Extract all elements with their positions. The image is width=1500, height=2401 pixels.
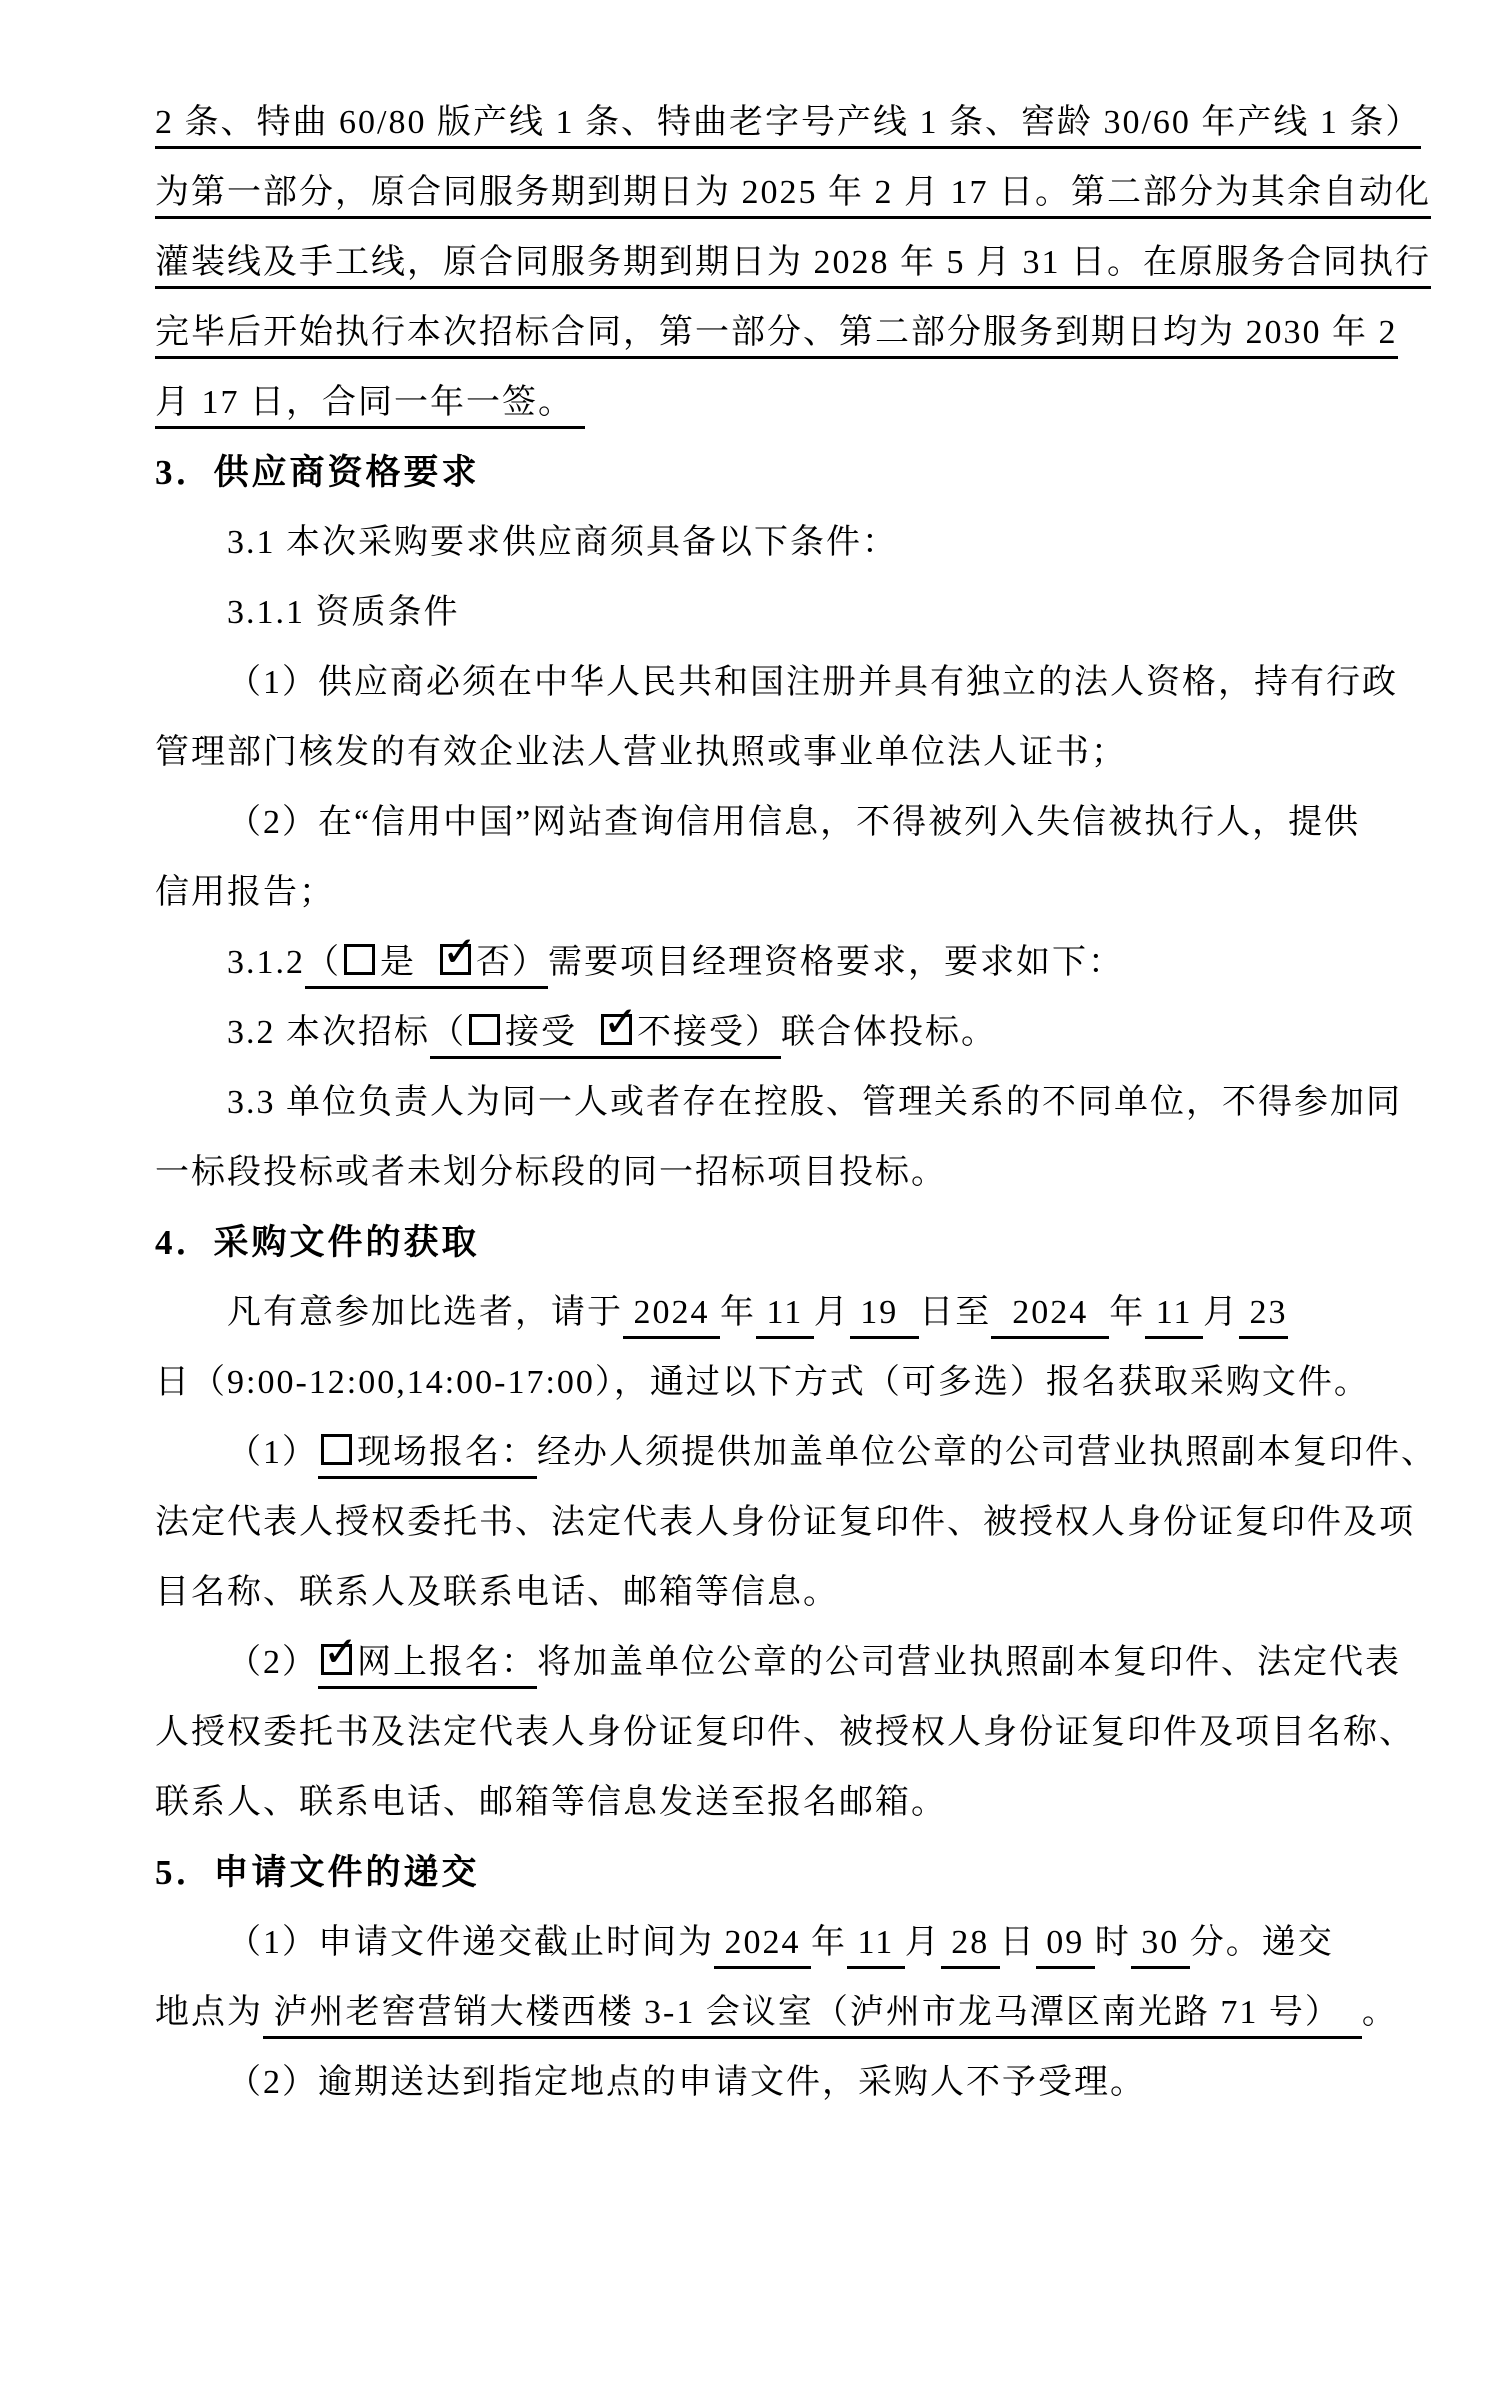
paragraph-line: 3.1.2（是 ✓否）需要项目经理资格要求，要求如下： <box>155 928 1415 998</box>
text-segment: （2） <box>227 1644 318 1681</box>
paragraph-line: （1）供应商必须在中华人民共和国注册并具有独立的法人资格，持有行政 <box>155 648 1415 718</box>
text-run: 11 <box>756 1294 814 1331</box>
underlined-text: （是 ✓否） <box>305 944 548 989</box>
text-segment: 月 <box>1203 1294 1239 1331</box>
text-segment: 。 <box>1362 1994 1398 2031</box>
text-segment: 年 <box>811 1924 847 1961</box>
text-run: 3.3 单位负责人为同一人或者存在控股、管理关系的不同单位，不得参加同 <box>227 1084 1402 1121</box>
text-run: 联合体投标。 <box>781 1014 997 1051</box>
text-run: 目名称、联系人及联系电话、邮箱等信息。 <box>155 1574 839 1611</box>
text-segment: 一标段投标或者未划分标段的同一招标项目投标。 <box>155 1154 947 1191</box>
text-run: 接受 <box>505 1014 598 1051</box>
text-run: 23 <box>1239 1294 1288 1331</box>
paragraph-line: 为第一部分，原合同服务期到期日为 2025 年 2 月 17 日。第二部分为其余… <box>155 158 1415 228</box>
paragraph-line: 3.1 本次采购要求供应商须具备以下条件： <box>155 508 1415 578</box>
checkbox-checked-icon: ✓ <box>440 944 471 975</box>
text-segment: 法定代表人授权委托书、法定代表人身份证复印件、被授权人身份证复印件及项 <box>155 1504 1415 1541</box>
text-segment: 3．供应商资格要求 <box>155 453 480 492</box>
paragraph-line: 日（9:00-12:00,14:00-17:00），通过以下方式（可多选）报名获… <box>155 1348 1415 1418</box>
text-segment: 月 <box>814 1294 850 1331</box>
underlined-text: 完毕后开始执行本次招标合同，第一部分、第二部分服务到期日均为 2030 年 2 <box>155 314 1398 359</box>
check-icon: ✓ <box>603 1001 638 1043</box>
text-segment: 凡有意参加比选者，请于 <box>227 1294 623 1331</box>
text-run: 年 <box>720 1294 756 1331</box>
text-run: 2024 <box>991 1294 1109 1331</box>
underlined-text: 月 17 日，合同一年一签。 <box>155 384 585 429</box>
text-segment: 管理部门核发的有效企业法人营业执照或事业单位法人证书； <box>155 734 1127 771</box>
text-run: （ <box>305 944 341 981</box>
text-run: 为第一部分，原合同服务期到期日为 2025 年 2 月 17 日。第二部分为其余… <box>155 174 1431 211</box>
text-run: 管理部门核发的有效企业法人营业执照或事业单位法人证书； <box>155 734 1127 771</box>
text-run: 需要项目经理资格要求，要求如下： <box>548 944 1124 981</box>
checkbox-unchecked-icon <box>344 944 375 975</box>
paragraph-line: 地点为 泸州老窖营销大楼西楼 3-1 会议室（泸州市龙马潭区南光路 71 号） … <box>155 1978 1415 2048</box>
text-run: 11 <box>1145 1294 1203 1331</box>
text-run: 3.1 本次采购要求供应商须具备以下条件： <box>227 524 898 561</box>
text-segment: （2）在“信用中国”网站查询信用信息，不得被列入失信被执行人，提供 <box>227 804 1360 841</box>
underlined-text: 11 <box>756 1294 814 1339</box>
text-run: （2） <box>227 1644 318 1681</box>
text-run: 2 条、特曲 60/80 版产线 1 条、特曲老字号产线 1 条、窖龄 30/6… <box>155 104 1421 141</box>
text-run: 月 <box>905 1924 941 1961</box>
text-run: 完毕后开始执行本次招标合同，第一部分、第二部分服务到期日均为 2030 年 2 <box>155 314 1398 351</box>
text-run: 将加盖单位公章的公司营业执照副本复印件、法定代表 <box>537 1644 1401 1681</box>
underlined-text: 19 <box>850 1294 920 1339</box>
text-segment: 日 <box>1000 1924 1036 1961</box>
text-run: 日（9:00-12:00,14:00-17:00），通过以下方式（可多选）报名获… <box>155 1364 1370 1401</box>
underlined-text: 灌装线及手工线，原合同服务期到期日为 2028 年 5 月 31 日。在原服务合… <box>155 244 1431 289</box>
underlined-text: 2024 <box>623 1294 720 1339</box>
text-run: 人授权委托书及法定代表人身份证复印件、被授权人身份证复印件及项目名称、 <box>155 1714 1415 1751</box>
text-run: 不接受） <box>637 1014 781 1051</box>
text-run: 地点为 <box>155 1994 263 2031</box>
text-run: 法定代表人授权委托书、法定代表人身份证复印件、被授权人身份证复印件及项 <box>155 1504 1415 1541</box>
text-run: 网上报名： <box>357 1644 537 1681</box>
text-run: 经办人须提供加盖单位公章的公司营业执照副本复印件、 <box>537 1434 1437 1471</box>
text-run: 4．采购文件的获取 <box>155 1223 480 1262</box>
text-segment: 联合体投标。 <box>781 1014 997 1051</box>
text-run: 11 <box>847 1924 905 1961</box>
text-segment: 日至 <box>919 1294 991 1331</box>
text-run: （1）供应商必须在中华人民共和国注册并具有独立的法人资格，持有行政 <box>227 664 1398 701</box>
text-segment: 分。递交 <box>1190 1924 1334 1961</box>
text-run: （1）申请文件递交截止时间为 <box>227 1924 714 1961</box>
paragraph-line: 2 条、特曲 60/80 版产线 1 条、特曲老字号产线 1 条、窖龄 30/6… <box>155 88 1415 158</box>
paragraph-line: 完毕后开始执行本次招标合同，第一部分、第二部分服务到期日均为 2030 年 2 <box>155 298 1415 368</box>
underlined-text: 30 <box>1131 1924 1190 1969</box>
paragraph-line: 目名称、联系人及联系电话、邮箱等信息。 <box>155 1558 1415 1628</box>
text-segment: 需要项目经理资格要求，要求如下： <box>548 944 1124 981</box>
text-segment: 日（9:00-12:00,14:00-17:00），通过以下方式（可多选）报名获… <box>155 1364 1370 1401</box>
underlined-text: 2024 <box>991 1294 1109 1339</box>
text-run: （1） <box>227 1434 318 1471</box>
paragraph-line: 一标段投标或者未划分标段的同一招标项目投标。 <box>155 1138 1415 1208</box>
text-run: 日至 <box>919 1294 991 1331</box>
text-segment: 联系人、联系电话、邮箱等信息发送至报名邮箱。 <box>155 1784 947 1821</box>
underlined-text: ✓网上报名： <box>318 1644 537 1689</box>
underlined-text: 28 <box>941 1924 1000 1969</box>
text-segment: 5．申请文件的递交 <box>155 1853 480 1892</box>
text-run: 灌装线及手工线，原合同服务期到期日为 2028 年 5 月 31 日。在原服务合… <box>155 244 1431 281</box>
text-run: 28 <box>941 1924 1000 1961</box>
paragraph-line: （2）逾期送达到指定地点的申请文件，采购人不予受理。 <box>155 2048 1415 2118</box>
text-segment: （1）申请文件递交截止时间为 <box>227 1924 714 1961</box>
paragraph-line: 联系人、联系电话、邮箱等信息发送至报名邮箱。 <box>155 1768 1415 1838</box>
text-run: 月 <box>814 1294 850 1331</box>
text-run: 信用报告； <box>155 874 335 911</box>
text-segment: 经办人须提供加盖单位公章的公司营业执照副本复印件、 <box>537 1434 1437 1471</box>
underlined-text: 09 <box>1036 1924 1095 1969</box>
checkbox-unchecked-icon <box>321 1434 352 1465</box>
text-segment: 信用报告； <box>155 874 335 911</box>
text-run: 分。递交 <box>1190 1924 1334 1961</box>
text-run: 月 <box>1203 1294 1239 1331</box>
text-segment: 年 <box>720 1294 756 1331</box>
text-run: 2024 <box>714 1924 811 1961</box>
underlined-text: （接受 ✓不接受） <box>430 1014 781 1059</box>
text-segment: 3.3 单位负责人为同一人或者存在控股、管理关系的不同单位，不得参加同 <box>227 1084 1402 1121</box>
text-run: 09 <box>1036 1924 1095 1961</box>
text-run: 否） <box>476 944 548 981</box>
underlined-text: 为第一部分，原合同服务期到期日为 2025 年 2 月 17 日。第二部分为其余… <box>155 174 1431 219</box>
paragraph-line: 灌装线及手工线，原合同服务期到期日为 2028 年 5 月 31 日。在原服务合… <box>155 228 1415 298</box>
underlined-text: 2 条、特曲 60/80 版产线 1 条、特曲老字号产线 1 条、窖龄 30/6… <box>155 104 1421 149</box>
text-run: 泸州老窖营销大楼西楼 3-1 会议室（泸州市龙马潭区南光路 71 号） <box>263 1994 1362 2031</box>
underlined-text: 23 <box>1239 1294 1288 1339</box>
section-heading: 4．采购文件的获取 <box>155 1208 1415 1278</box>
section-heading: 5．申请文件的递交 <box>155 1838 1415 1908</box>
checkbox-checked-icon: ✓ <box>321 1644 352 1675</box>
text-run: 2024 <box>623 1294 720 1331</box>
text-run: 时 <box>1095 1924 1131 1961</box>
text-segment: 月 <box>905 1924 941 1961</box>
paragraph-line: （1）现场报名：经办人须提供加盖单位公章的公司营业执照副本复印件、 <box>155 1418 1415 1488</box>
underlined-text: 2024 <box>714 1924 811 1969</box>
text-segment: 3.1 本次采购要求供应商须具备以下条件： <box>227 524 898 561</box>
underlined-text: 现场报名： <box>318 1434 537 1479</box>
text-run: 30 <box>1131 1924 1190 1961</box>
paragraph-line: 凡有意参加比选者，请于 2024 年 11 月 19 日至 2024 年 11 … <box>155 1278 1415 1348</box>
text-segment: 将加盖单位公章的公司营业执照副本复印件、法定代表 <box>537 1644 1401 1681</box>
document-content: 2 条、特曲 60/80 版产线 1 条、特曲老字号产线 1 条、窖龄 30/6… <box>155 88 1415 2118</box>
text-run: 年 <box>811 1924 847 1961</box>
paragraph-line: 3.1.1 资质条件 <box>155 578 1415 648</box>
paragraph-line: 管理部门核发的有效企业法人营业执照或事业单位法人证书； <box>155 718 1415 788</box>
text-segment: 人授权委托书及法定代表人身份证复印件、被授权人身份证复印件及项目名称、 <box>155 1714 1415 1751</box>
paragraph-line: （1）申请文件递交截止时间为 2024 年 11 月 28 日 09 时 30 … <box>155 1908 1415 1978</box>
text-run: 日 <box>1000 1924 1036 1961</box>
check-icon: ✓ <box>442 931 477 973</box>
text-run: 3.2 本次招标 <box>227 1014 430 1051</box>
text-run: 。 <box>1362 1994 1398 2031</box>
text-run: 一标段投标或者未划分标段的同一招标项目投标。 <box>155 1154 947 1191</box>
text-segment: 时 <box>1095 1924 1131 1961</box>
text-run: 5．申请文件的递交 <box>155 1853 480 1892</box>
underlined-text: 泸州老窖营销大楼西楼 3-1 会议室（泸州市龙马潭区南光路 71 号） <box>263 1994 1362 2039</box>
text-segment: 目名称、联系人及联系电话、邮箱等信息。 <box>155 1574 839 1611</box>
underlined-text: 11 <box>1145 1294 1203 1339</box>
text-segment: 3.2 本次招标 <box>227 1014 430 1051</box>
text-run: 19 <box>850 1294 920 1331</box>
paragraph-line: 法定代表人授权委托书、法定代表人身份证复印件、被授权人身份证复印件及项 <box>155 1488 1415 1558</box>
text-run: 月 17 日，合同一年一签。 <box>155 384 585 421</box>
document-page: 2 条、特曲 60/80 版产线 1 条、特曲老字号产线 1 条、窖龄 30/6… <box>0 0 1500 2401</box>
text-segment: 3.1.1 资质条件 <box>227 594 460 631</box>
text-segment: 地点为 <box>155 1994 263 2031</box>
underlined-text: 11 <box>847 1924 905 1969</box>
text-run: 3．供应商资格要求 <box>155 453 480 492</box>
paragraph-line: 月 17 日，合同一年一签。 <box>155 368 1415 438</box>
text-segment: （1）供应商必须在中华人民共和国注册并具有独立的法人资格，持有行政 <box>227 664 1398 701</box>
text-run: 现场报名： <box>357 1434 537 1471</box>
text-segment: （2）逾期送达到指定地点的申请文件，采购人不予受理。 <box>227 2064 1146 2101</box>
paragraph-line: 3.2 本次招标（接受 ✓不接受）联合体投标。 <box>155 998 1415 1068</box>
text-run: （ <box>430 1014 466 1051</box>
text-run: （2）在“信用中国”网站查询信用信息，不得被列入失信被执行人，提供 <box>227 804 1360 841</box>
text-run: 3.1.2 <box>227 944 305 981</box>
checkbox-checked-icon: ✓ <box>601 1014 632 1045</box>
text-run: 年 <box>1109 1294 1145 1331</box>
paragraph-line: 人授权委托书及法定代表人身份证复印件、被授权人身份证复印件及项目名称、 <box>155 1698 1415 1768</box>
section-heading: 3．供应商资格要求 <box>155 438 1415 508</box>
text-run: 3.1.1 资质条件 <box>227 594 460 631</box>
text-run: 是 <box>380 944 437 981</box>
paragraph-line: （2）✓网上报名：将加盖单位公章的公司营业执照副本复印件、法定代表 <box>155 1628 1415 1698</box>
text-run: 凡有意参加比选者，请于 <box>227 1294 623 1331</box>
paragraph-line: 3.3 单位负责人为同一人或者存在控股、管理关系的不同单位，不得参加同 <box>155 1068 1415 1138</box>
text-segment: 年 <box>1109 1294 1145 1331</box>
text-segment: 3.1.2 <box>227 944 305 981</box>
text-segment: 4．采购文件的获取 <box>155 1223 480 1262</box>
check-icon: ✓ <box>323 1631 358 1673</box>
text-segment: （1） <box>227 1434 318 1471</box>
paragraph-line: （2）在“信用中国”网站查询信用信息，不得被列入失信被执行人，提供 <box>155 788 1415 858</box>
text-run: 联系人、联系电话、邮箱等信息发送至报名邮箱。 <box>155 1784 947 1821</box>
text-run: （2）逾期送达到指定地点的申请文件，采购人不予受理。 <box>227 2064 1146 2101</box>
checkbox-unchecked-icon <box>469 1014 500 1045</box>
paragraph-line: 信用报告； <box>155 858 1415 928</box>
